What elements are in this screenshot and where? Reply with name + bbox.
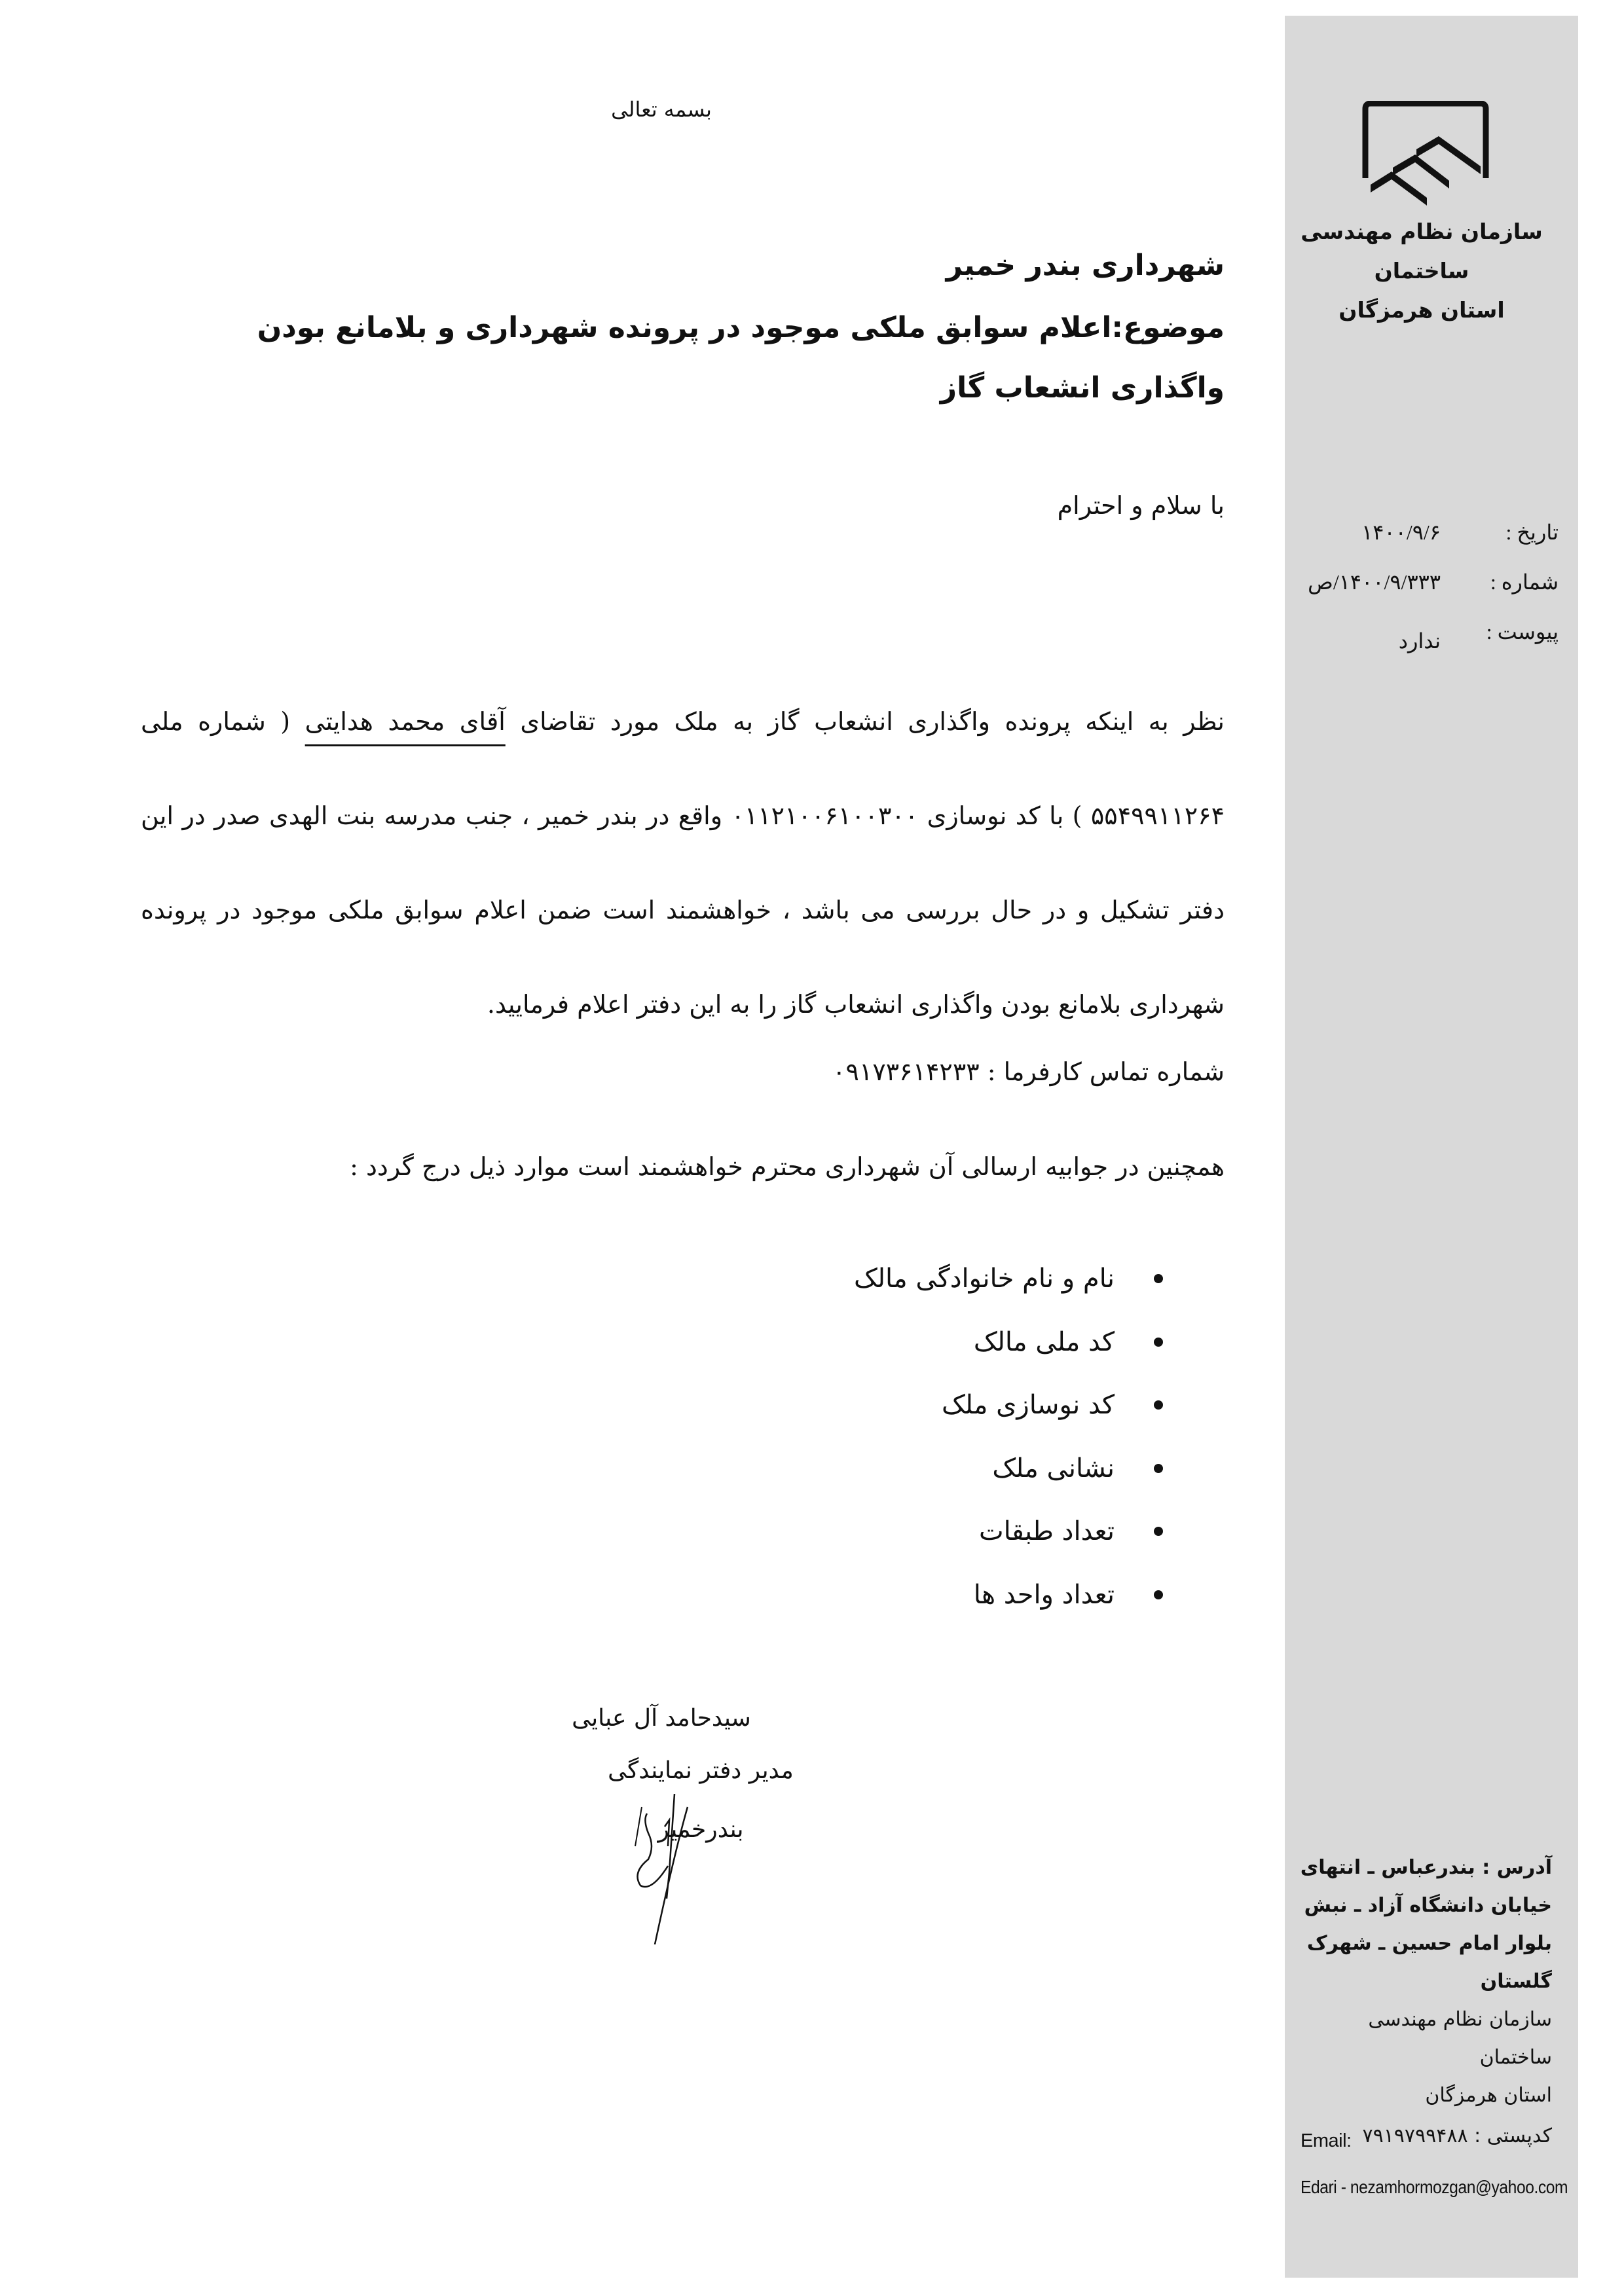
address-line-3: بلوار امام حسین ـ شهرک xyxy=(1297,1925,1552,1963)
letter-metadata: تاریخ : ۱۴۰۰/۹/۶ شماره : ۱۴۰۰/۹/۳۳۳/ص پی… xyxy=(1297,520,1559,669)
recipient-heading: شهرداری بندر خمیر xyxy=(946,249,1225,282)
attachment-value: ندارد xyxy=(1399,619,1441,653)
list-item: تعداد طبقات xyxy=(854,1500,1225,1563)
list-item-text: تعداد واحد ها xyxy=(974,1580,1115,1610)
required-items-list: نام و نام خانوادگی مالک کد ملی مالک کد ن… xyxy=(854,1247,1225,1626)
list-item: نام و نام خانوادگی مالک xyxy=(854,1247,1225,1311)
list-item: تعداد واحد ها xyxy=(854,1563,1225,1627)
bullet-icon xyxy=(1154,1338,1163,1347)
email-label: Email: xyxy=(1301,2130,1576,2152)
email-block: Email: Edari - nezamhormozgan@yahoo.com xyxy=(1301,2130,1576,2198)
bullet-icon xyxy=(1154,1464,1163,1473)
list-item: کد نوسازی ملک xyxy=(854,1374,1225,1437)
number-row: شماره : ۱۴۰۰/۹/۳۳۳/ص xyxy=(1297,570,1559,619)
bullet-icon xyxy=(1154,1274,1163,1283)
attachment-label: پیوست : xyxy=(1480,619,1559,644)
address-line-4: گلستان xyxy=(1297,1963,1552,2001)
request-statement: همچنین در جوابیه ارسالی آن شهرداری محترم… xyxy=(350,1152,1225,1181)
list-item-text: نام و نام خانوادگی مالک xyxy=(854,1264,1115,1294)
body-text-part1: نظر به اینکه پرونده واگذاری انشعاب گاز ب… xyxy=(506,707,1225,736)
organization-name: سازمان نظام مهندسی ساختمان استان هرمزگان xyxy=(1285,212,1559,330)
date-label: تاریخ : xyxy=(1480,520,1559,545)
body-paragraph: نظر به اینکه پرونده واگذاری انشعاب گاز ب… xyxy=(141,674,1225,1051)
address-line-1: آدرس : بندرعباس ـ انتهای xyxy=(1297,1849,1552,1887)
signatory-name: سیدحامد آل عبایی xyxy=(511,1689,838,1748)
list-item-text: کد ملی مالک xyxy=(974,1327,1115,1357)
bullet-icon xyxy=(1154,1527,1163,1536)
employer-contact: شماره تماس کارفرما : ۰۹۱۷۳۶۱۴۲۳۳ xyxy=(832,1057,1225,1086)
letterhead-sidebar: سازمان نظام مهندسی ساختمان استان هرمزگان… xyxy=(1285,16,1578,2278)
attachment-row: پیوست : ندارد xyxy=(1297,619,1559,669)
bismillah-header: بسمه تعالی xyxy=(576,97,747,122)
number-value: ۱۴۰۰/۹/۳۳۳/ص xyxy=(1308,570,1441,594)
greeting: با سلام و احترام xyxy=(1058,491,1225,520)
body-text-part2: ( شماره ملی ۵۵۴۹۹۱۱۲۶۴ ) با کد نوسازی ۰۱… xyxy=(141,707,1225,1019)
date-value: ۱۴۰۰/۹/۶ xyxy=(1361,520,1441,545)
address-line-5: سازمان نظام مهندسی ساختمان xyxy=(1297,2001,1552,2077)
bullet-icon xyxy=(1154,1590,1163,1599)
list-item: کد ملی مالک xyxy=(854,1311,1225,1374)
subject-heading: موضوع:اعلام سوابق ملکی موجود در پرونده ش… xyxy=(141,298,1225,418)
list-item-text: کد نوسازی ملک xyxy=(942,1390,1115,1420)
handwritten-signature-icon xyxy=(629,1794,701,1944)
organization-address: آدرس : بندرعباس ـ انتهای خیابان دانشگاه … xyxy=(1297,1849,1552,2155)
address-line-2: خیابان دانشگاه آزاد ـ نبش xyxy=(1297,1887,1552,1925)
org-name-line1: سازمان نظام مهندسی ساختمان xyxy=(1285,212,1559,291)
address-line-6: استان هرمزگان xyxy=(1297,2077,1552,2115)
bullet-icon xyxy=(1154,1400,1163,1410)
number-label: شماره : xyxy=(1480,570,1559,594)
org-name-line2: استان هرمزگان xyxy=(1285,291,1559,330)
list-item-text: نشانی ملک xyxy=(992,1453,1115,1484)
date-row: تاریخ : ۱۴۰۰/۹/۶ xyxy=(1297,520,1559,570)
list-item-text: تعداد طبقات xyxy=(979,1516,1115,1546)
email-link[interactable]: Edari - nezamhormozgan@yahoo.com xyxy=(1301,2177,1543,2198)
list-item: نشانی ملک xyxy=(854,1437,1225,1501)
engineering-organization-logo-icon xyxy=(1360,101,1491,206)
applicant-name: آقای محمد هدایتی xyxy=(305,707,506,736)
